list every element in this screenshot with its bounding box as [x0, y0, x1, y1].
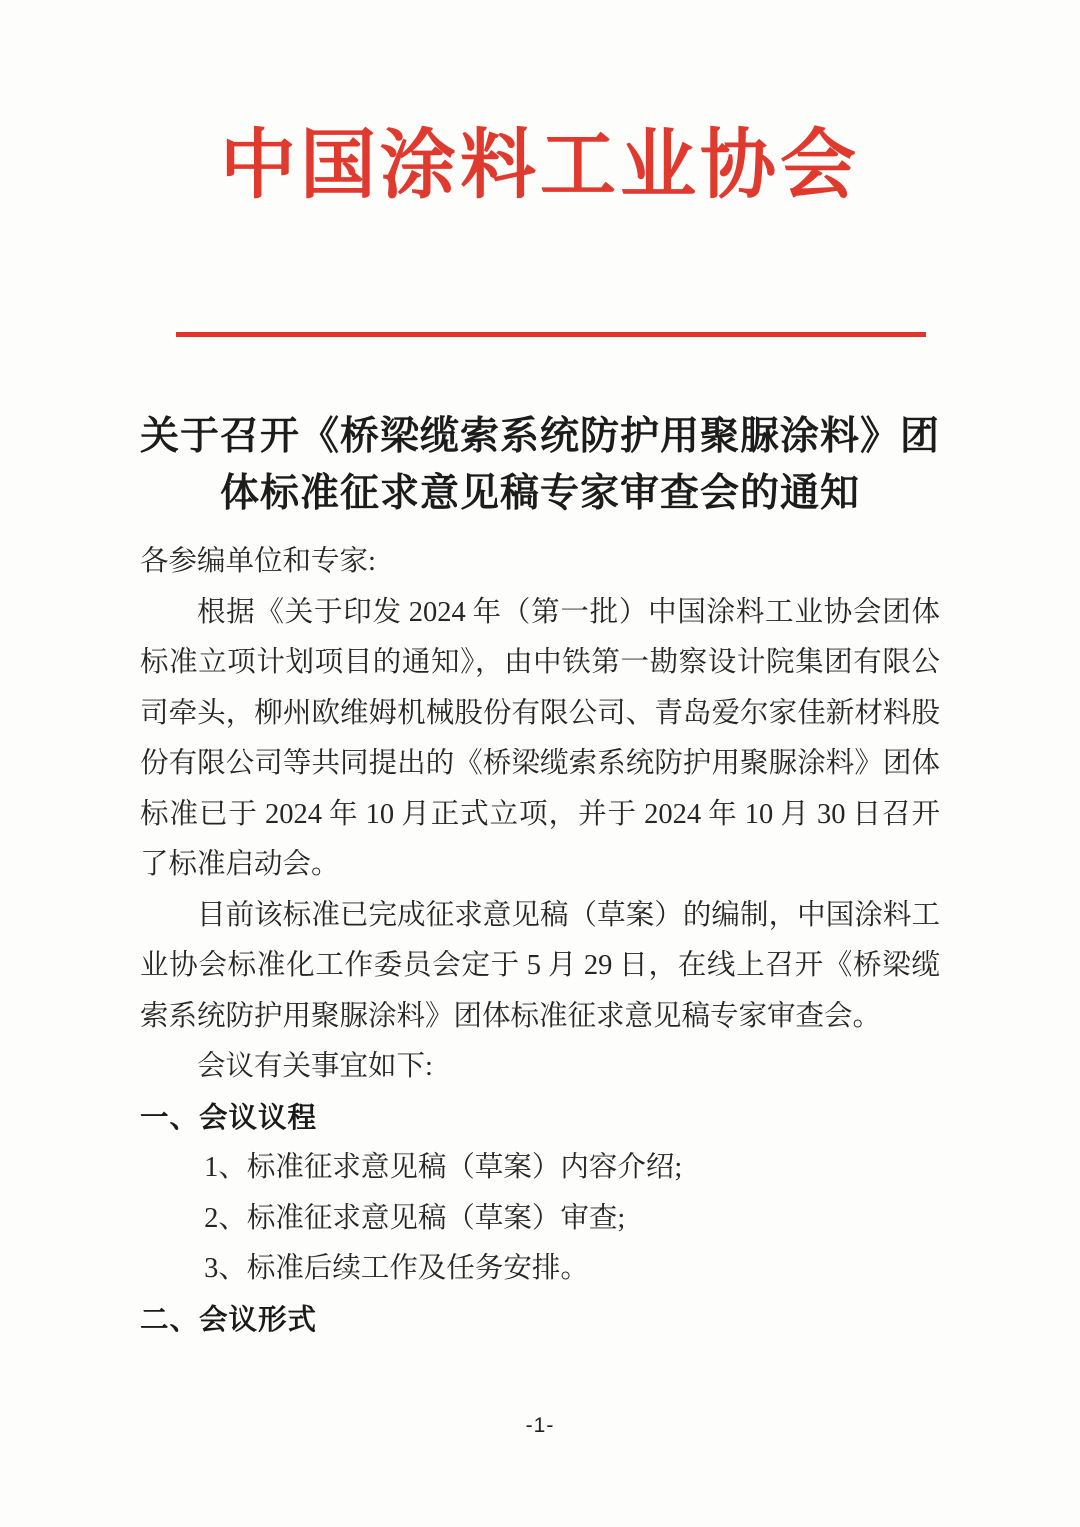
agenda-item-2: 2、标准征求意见稿（草案）审查;: [140, 1194, 940, 1245]
body-paragraph-3: 会议有关事宜如下:: [140, 1042, 940, 1093]
document-title-line2: 体标准征求意见稿专家审查会的通知: [0, 465, 1080, 522]
document-body: 各参编单位和专家: 根据《关于印发 2024 年（第一批）中国涂料工业协会团体标…: [140, 537, 940, 1345]
body-paragraph-2: 目前该标准已完成征求意见稿（草案）的编制，中国涂料工业协会标准化工作委员会定于 …: [140, 891, 940, 1043]
document-title-line1: 关于召开《桥梁缆索系统防护用聚脲涂料》团: [0, 408, 1080, 465]
salutation: 各参编单位和专家:: [140, 537, 940, 588]
page-number: -1-: [0, 1414, 1080, 1438]
letterhead-divider: [176, 332, 926, 337]
agenda-item-1: 1、标准征求意见稿（草案）内容介绍;: [140, 1143, 940, 1194]
document-title: 关于召开《桥梁缆索系统防护用聚脲涂料》团 体标准征求意见稿专家审查会的通知: [0, 408, 1080, 522]
body-paragraph-1: 根据《关于印发 2024 年（第一批）中国涂料工业协会团体标准立项计划项目的通知…: [140, 588, 940, 891]
section-heading-meeting-format: 二、会议形式: [140, 1295, 940, 1346]
letterhead-org-name: 中国涂料工业协会: [0, 116, 1080, 216]
notice-page: 中国涂料工业协会 关于召开《桥梁缆索系统防护用聚脲涂料》团 体标准征求意见稿专家…: [0, 0, 1080, 1527]
section-heading-agenda: 一、会议议程: [140, 1093, 940, 1144]
agenda-item-3: 3、标准后续工作及任务安排。: [140, 1244, 940, 1295]
